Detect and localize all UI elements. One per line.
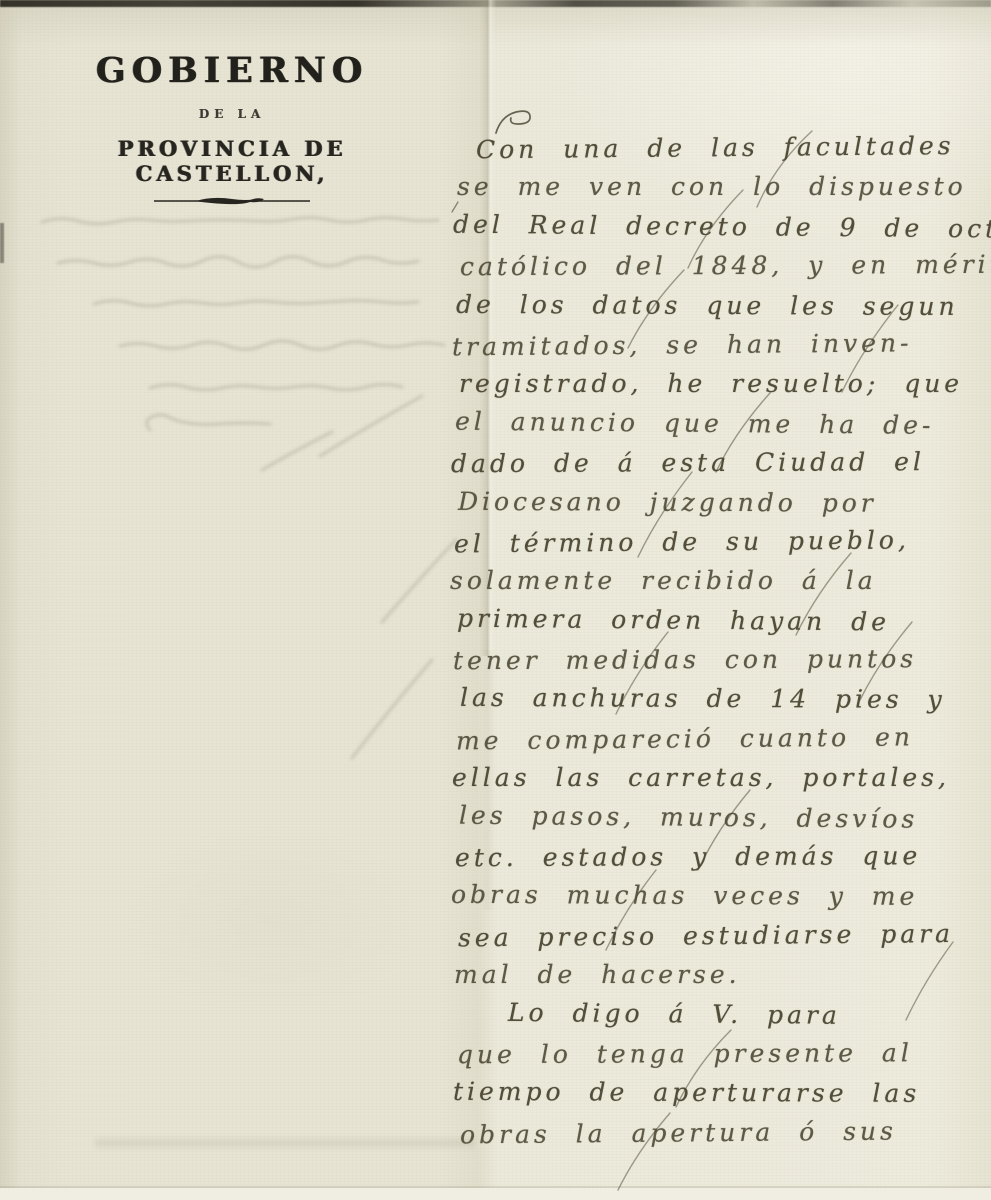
manuscript-line: registrado, he resuelto; que xyxy=(459,364,991,403)
manuscript-line: se me ven con lo dispuesto ge xyxy=(457,167,991,206)
manuscript-line: Diocesano juzgando por xyxy=(458,481,991,523)
manuscript-line: católico del 1848, y en mérito xyxy=(460,245,991,287)
manuscript-line: tiempo de aperturarse las xyxy=(453,1072,991,1114)
manuscript-line: tener medidas con puntos xyxy=(453,639,991,681)
manuscript-line: sea preciso estudiarse para xyxy=(458,913,991,957)
manuscript-line: me compareció cuanto en xyxy=(456,717,991,761)
manuscript-line: primera orden hayan de xyxy=(457,598,991,642)
manuscript-line: ellas las carretas, portales, xyxy=(452,758,991,797)
manuscript-line: tramitados, se han inven- xyxy=(452,323,991,367)
paper-stain xyxy=(120,820,420,1020)
decorative-swelled-rule xyxy=(152,194,312,208)
scan-bottom-edge xyxy=(0,1186,991,1200)
manuscript-line: obras la apertura ó sus xyxy=(460,1110,991,1154)
manuscript-line: dado de á esta Ciudad el xyxy=(451,442,991,484)
scanned-letter-page: GOBIERNO DE LA PROVINCIA DE CASTELLON, C… xyxy=(0,0,991,1200)
manuscript-line: Con una de las facultades xyxy=(476,126,991,170)
left-edge-mark xyxy=(0,223,4,263)
bottom-smudge xyxy=(95,1136,475,1150)
manuscript-line: el término de su pueblo, xyxy=(454,520,991,564)
manuscript-line: el anuncio que me ha de- xyxy=(455,401,991,445)
manuscript-body: Con una de las facultadesse me ven con l… xyxy=(450,128,991,1178)
letterhead: GOBIERNO DE LA PROVINCIA DE CASTELLON, xyxy=(16,50,448,208)
manuscript-line: las anchuras de 14 pies y xyxy=(460,678,991,720)
manuscript-line: mal de hacerse. xyxy=(454,955,991,994)
manuscript-line: obras muchas veces y me xyxy=(451,875,991,917)
manuscript-line: del Real decreto de 9 de oct. xyxy=(453,204,991,248)
manuscript-line: Lo digo á V. para xyxy=(508,992,991,1036)
letterhead-title: GOBIERNO xyxy=(16,50,448,91)
manuscript-line: etc. estados y demás que xyxy=(455,836,991,878)
letterhead-province-line: PROVINCIA DE CASTELLON, xyxy=(16,136,448,186)
manuscript-line: de los datos que les segun xyxy=(456,284,991,326)
manuscript-line: que lo tenga presente al xyxy=(457,1033,991,1075)
manuscript-line: solamente recibido á la xyxy=(450,561,991,600)
manuscript-line: les pasos, muros, desvíos xyxy=(459,795,991,839)
letterhead-subtitle: DE LA xyxy=(16,107,448,121)
